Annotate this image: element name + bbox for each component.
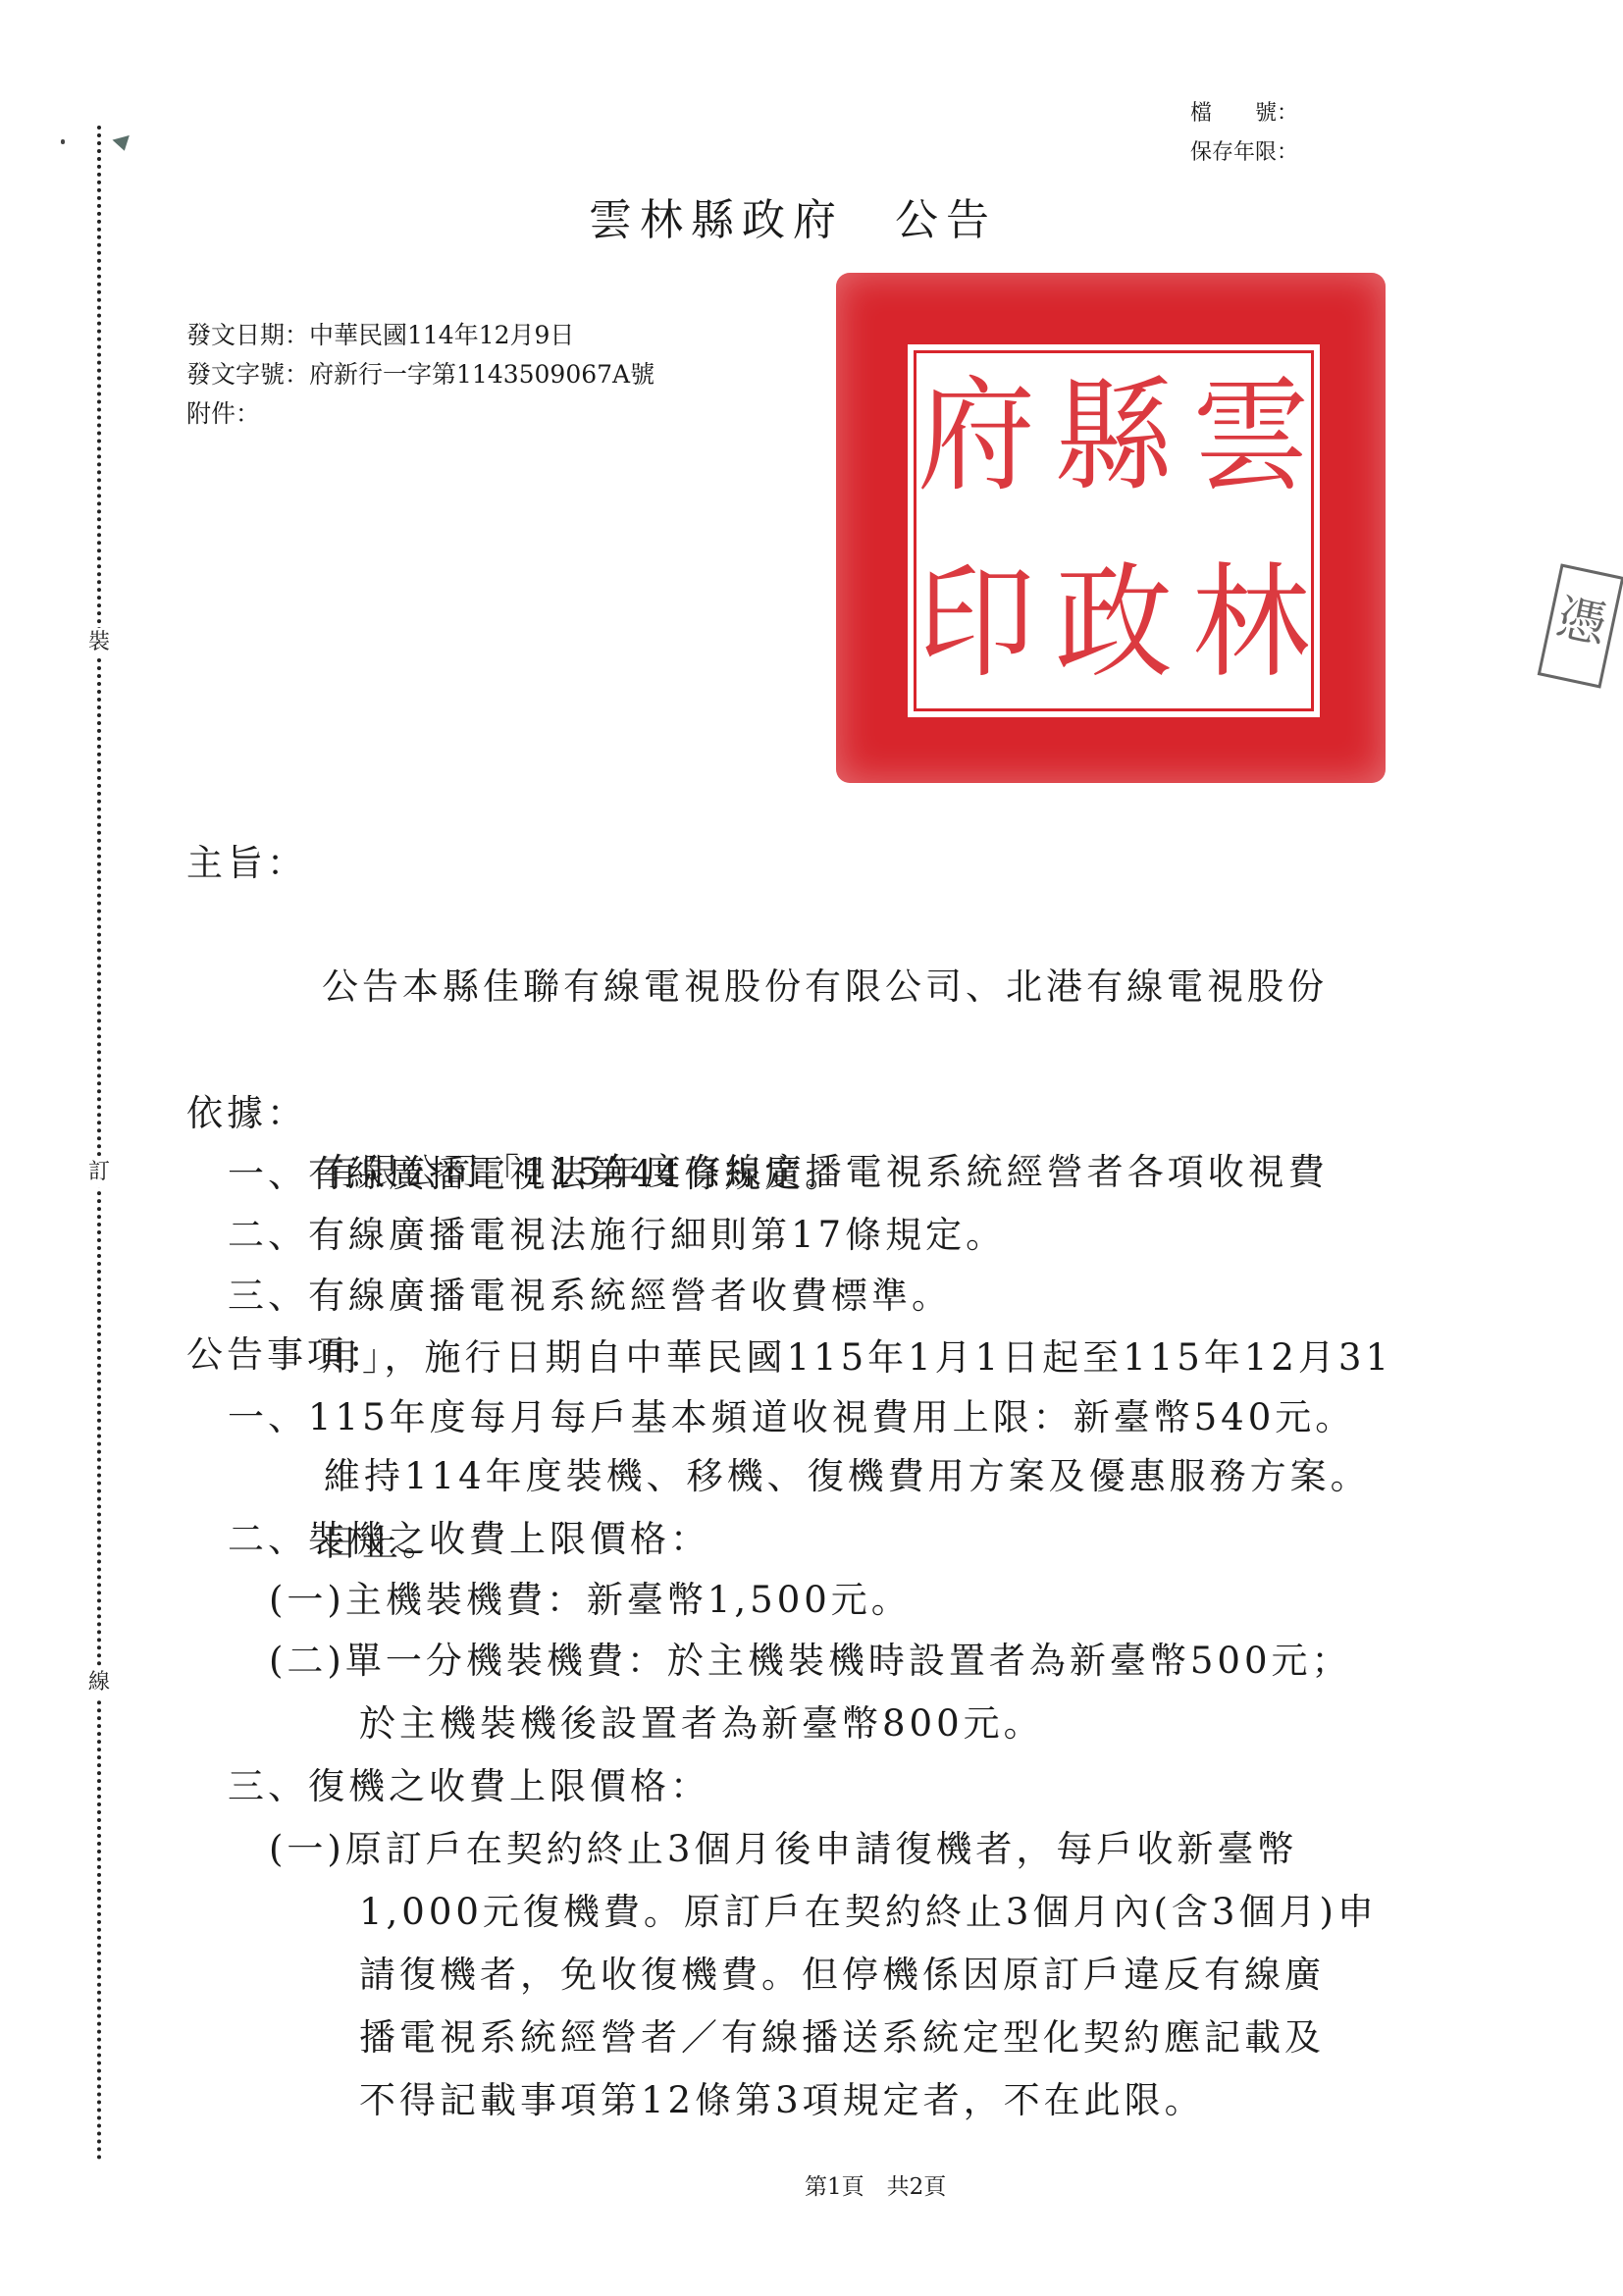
corner-mark-icon (112, 135, 132, 153)
subject-line: 用」，施行日期自中華民國115年1月1日起至115年12月31 (322, 1327, 1623, 1388)
subject-line: 公告本縣佳聯有線電視股份有限公司、北港有線電視股份 (322, 956, 1623, 1018)
seal-inner-frame: 雲 林 縣 政 府 印 (905, 341, 1323, 720)
basis-item: 二、有線廣播電視法施行細則第17條規定。 (228, 1205, 1006, 1258)
announcement-item-3-sub-1-continued: 1,000元復機費。原訂戶在契約終止3個月內(含3個月)申 (359, 1882, 1378, 1935)
binding-label-zhuang: 裝 (86, 628, 112, 657)
seal-char: 印 (908, 526, 1045, 722)
announcement-item-3-sub-1-continued: 不得記載事項第12條第3項規定者，不在此限。 (359, 2070, 1205, 2123)
binding-dotted-line (97, 126, 101, 2162)
seal-char: 林 (1182, 526, 1320, 722)
file-number-label: 檔 號： (1190, 94, 1298, 133)
binding-label-ding: 訂 (86, 1158, 112, 1187)
announcement-item-2-sub-2: (二)單一分機裝機費：於主機裝機時設置者為新臺幣500元； (269, 1631, 1352, 1684)
subject-section: 主旨： 公告本縣佳聯有線電視股份有限公司、北港有線電視股份 有限公司「115年度… (186, 832, 218, 1018)
basis-heading: 依據： (186, 1083, 307, 1136)
announcement-item-3-sub-1: (一)原訂戶在契約終止3個月後申請復機者，每戶收新臺幣 (269, 1819, 1297, 1872)
announcement-item-1-continued: 維持114年度裝機、移機、復機費用方案及優惠服務方案。 (324, 1446, 1371, 1499)
document-number: 發文字號：府新行一字第1143509067A號 (186, 355, 654, 394)
retention-period-label: 保存年限： (1190, 133, 1298, 173)
official-seal: 雲 林 縣 政 府 印 (836, 273, 1386, 783)
announcement-item-2-sub-1: (一)主機裝機費：新臺幣1,500元。 (269, 1570, 912, 1623)
basis-item: 一、有線廣播電視法第44條規定。 (228, 1144, 845, 1197)
announcement-item-3-sub-1-continued: 播電視系統經營者／有線播送系統定型化契約應記載及 (359, 2008, 1325, 2061)
side-stamp-icon: 憑 (1538, 563, 1623, 688)
basis-item: 三、有線廣播電視系統經營者收費標準。 (228, 1266, 952, 1319)
seal-char: 政 (1045, 526, 1182, 722)
subject-content: 公告本縣佳聯有線電視股份有限公司、北港有線電視股份 有限公司「115年度有線廣播… (322, 832, 1623, 1697)
subject-label: 主旨： (186, 832, 307, 894)
announcement-item-1: 一、115年度每月每戶基本頻道收視費用上限：新臺幣540元。 (228, 1387, 1355, 1440)
announcement-item-3-sub-1-continued: 請復機者，免收復機費。但停機係因原訂戶違反有線廣 (359, 1945, 1325, 1998)
binding-label-xian: 線 (86, 1668, 112, 1697)
file-meta: 檔 號： 保存年限： (1190, 94, 1298, 173)
announcement-item-3-heading: 三、復機之收費上限價格： (228, 1756, 710, 1809)
attachment-label: 附件： (186, 394, 654, 434)
seal-char: 雲 (1182, 339, 1320, 536)
seal-char: 府 (908, 339, 1045, 536)
page-number: 第1頁 共2頁 (805, 2168, 946, 2201)
announcement-heading: 公告事項： (186, 1325, 388, 1378)
scan-speck (61, 139, 65, 144)
announcement-item-2-heading: 二、裝機之收費上限價格： (228, 1509, 710, 1562)
document-title: 雲林縣政府 公告 (589, 184, 997, 247)
issue-date: 發文日期：中華民國114年12月9日 (186, 316, 654, 355)
announcement-item-2-sub-2-continued: 於主機裝機後設置者為新臺幣800元。 (359, 1694, 1044, 1747)
issue-info: 發文日期：中華民國114年12月9日 發文字號：府新行一字第1143509067… (186, 316, 654, 434)
seal-char: 縣 (1045, 339, 1182, 536)
